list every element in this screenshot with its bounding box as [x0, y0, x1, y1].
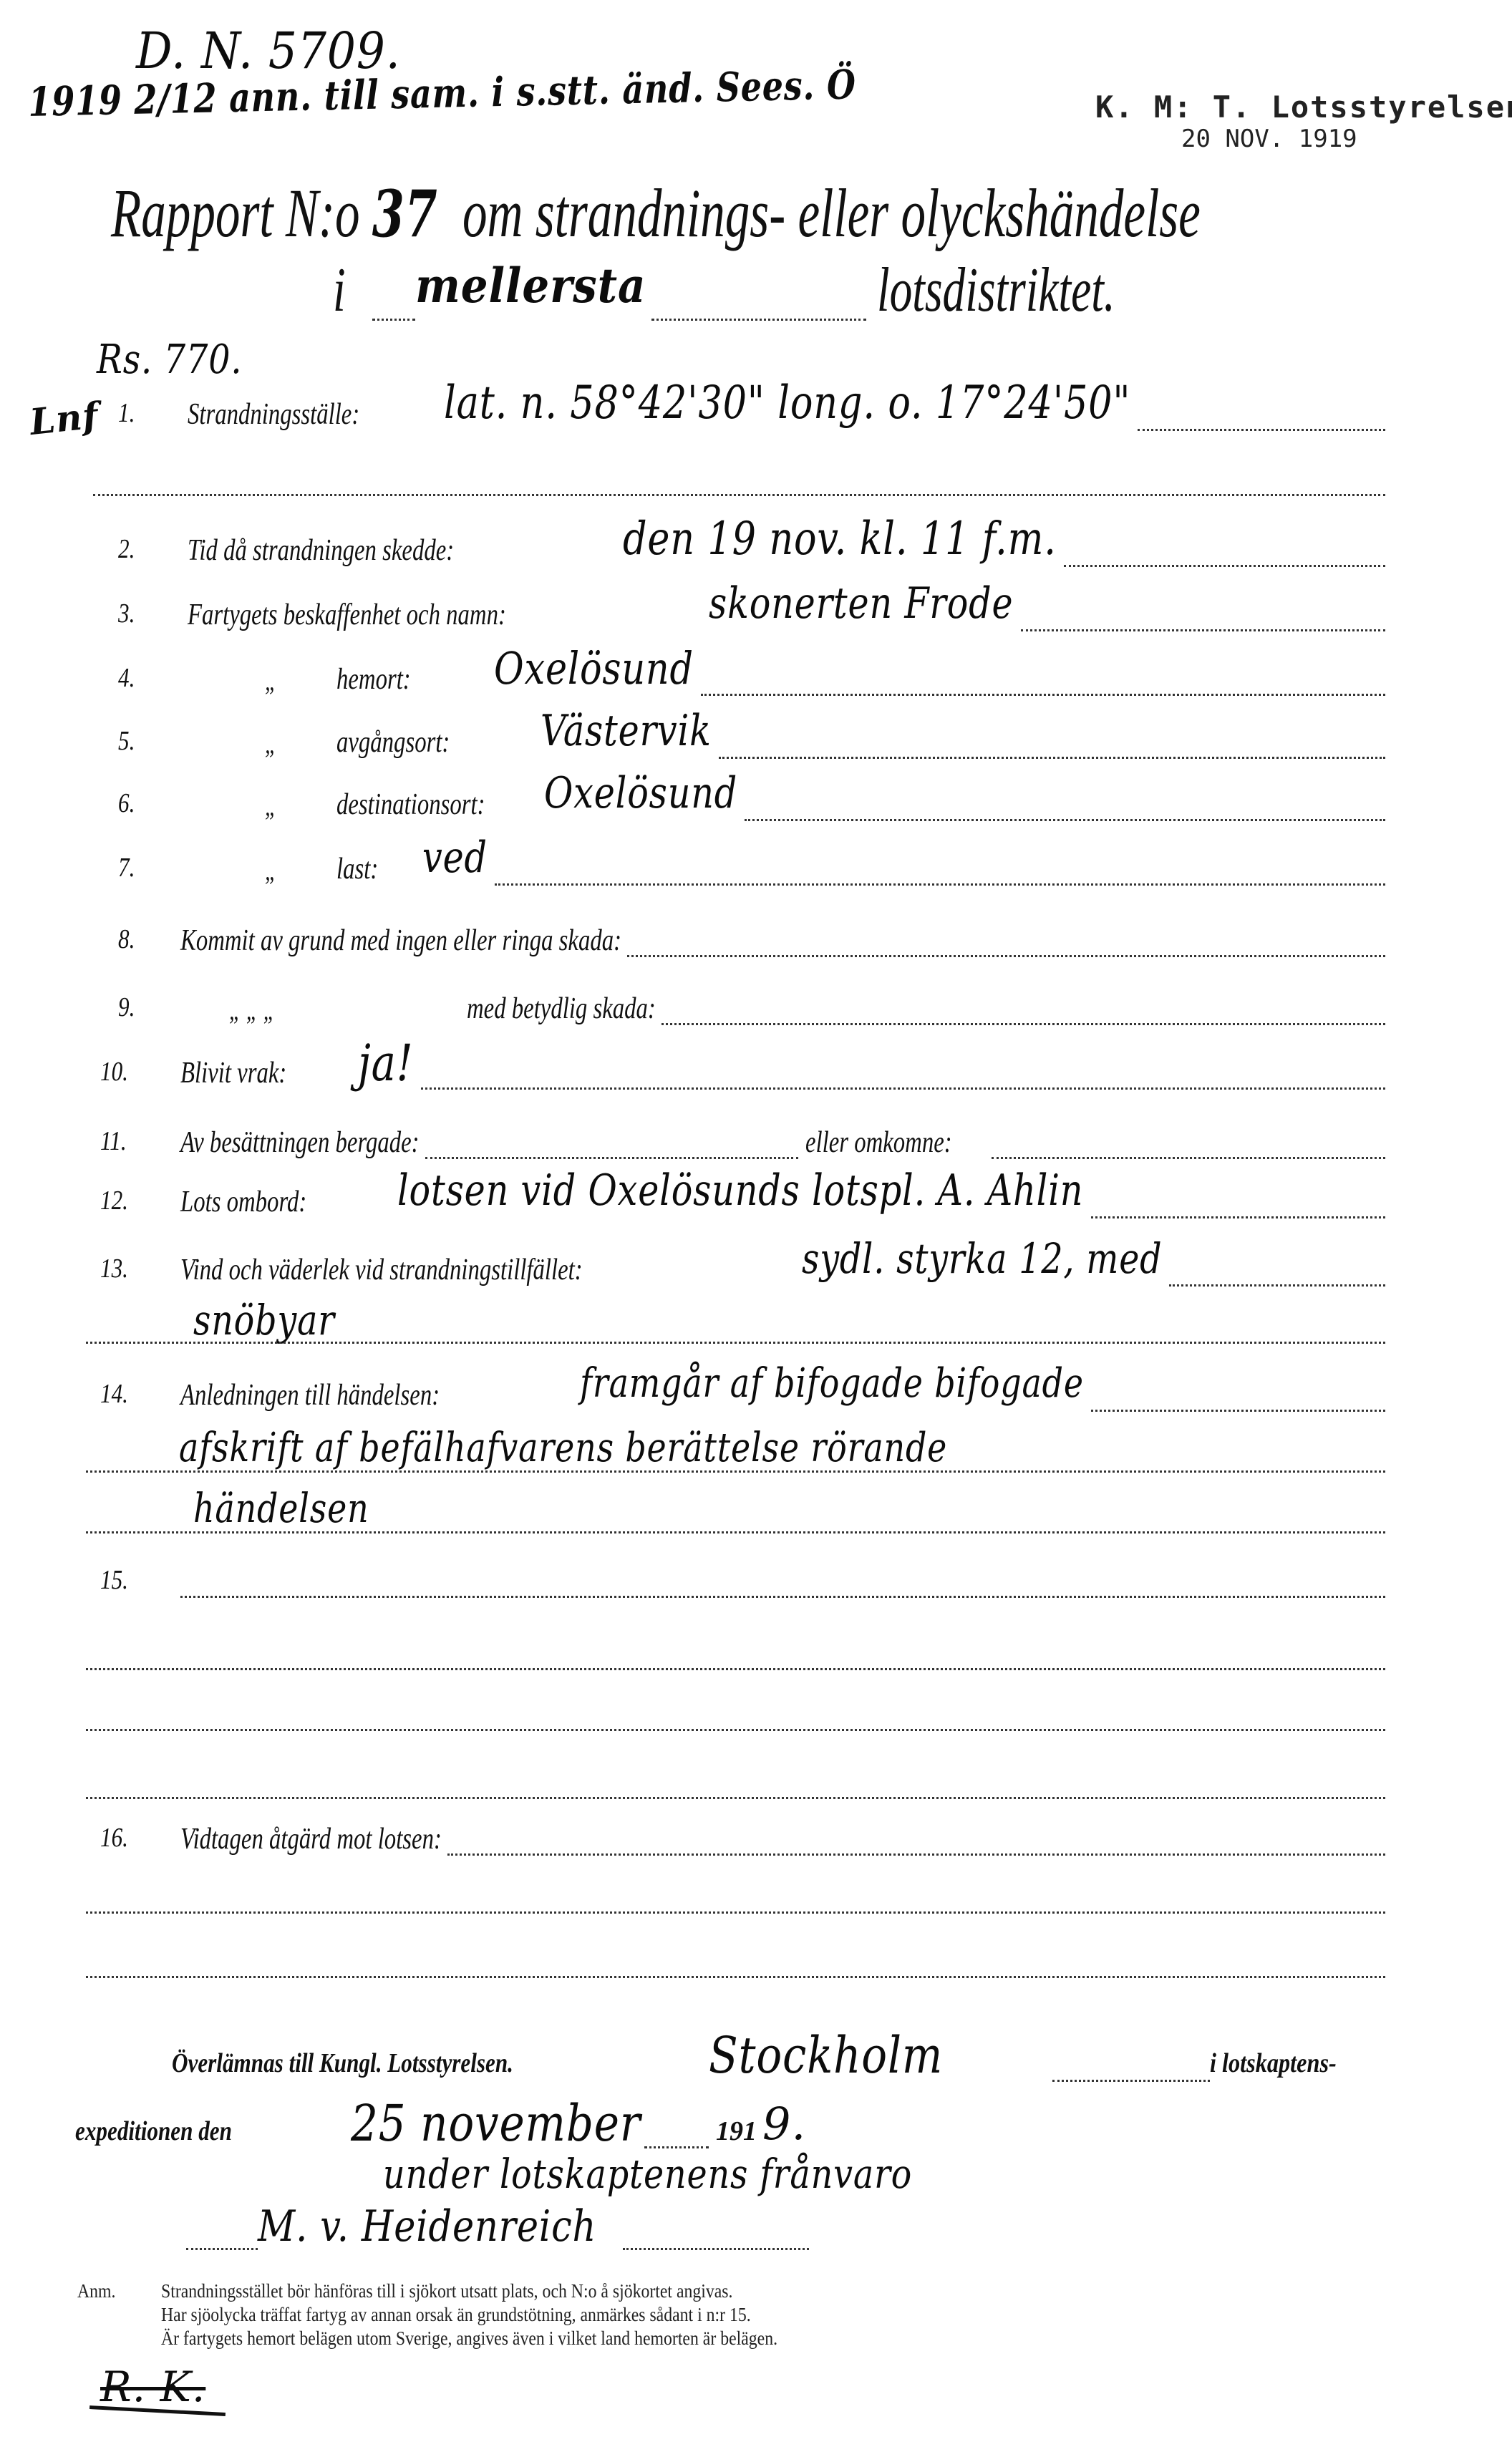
- field-3-number: 3.: [118, 598, 135, 629]
- field-4-ditto: „: [265, 666, 276, 697]
- field-2-label: Tid då strandningen skedde:: [188, 533, 454, 568]
- field-15-dots-line-0: [86, 1668, 1385, 1670]
- field-13-value-cont: snöbyar: [193, 1296, 335, 1344]
- field-10-value: ja!: [358, 1034, 414, 1092]
- field-8-label: Kommit av grund med ingen eller ringa sk…: [180, 924, 621, 958]
- title-suffix: om strandnings- eller olyckshändelse: [462, 175, 1201, 251]
- field-8-dots: [627, 955, 1385, 957]
- expedition-year-handwritten: 9.: [762, 2098, 806, 2150]
- field-15-dots-line-1: [86, 1729, 1385, 1731]
- field-6-number: 6.: [118, 788, 135, 819]
- field-6-label: destinationsort:: [336, 788, 485, 822]
- submit-dots: [1052, 2080, 1210, 2082]
- note-3: Är fartygets hemort belägen utom Sverige…: [161, 2327, 777, 2350]
- field-14-value-cont: afskrift af befälhafvarens berättelse rö…: [179, 1425, 947, 1471]
- field-13-dots: [1169, 1284, 1385, 1286]
- field-16-label: Vidtagen åtgärd mot lotsen:: [180, 1822, 442, 1856]
- district-value: mellersta: [415, 258, 646, 314]
- expedition-year-printed: 191: [716, 2116, 757, 2147]
- field-13-value: sydl. styrka 12, med: [802, 1234, 1162, 1283]
- field-6-ditto: „: [265, 791, 276, 823]
- struck-initials: R. K.: [100, 2363, 205, 2411]
- district-dots: [372, 319, 415, 321]
- signature-dots-right: [623, 2248, 809, 2250]
- field-11-dots-a: [425, 1157, 798, 1159]
- received-stamp: K. M: T. Lotsstyrelsen 20 NOV. 1919: [1095, 89, 1512, 153]
- field-3-value: skonerten Frode: [709, 578, 1013, 629]
- field-1-dots-extra-0: [93, 494, 1385, 496]
- field-15-dots-line-2: [86, 1797, 1385, 1799]
- field-5-ditto: „: [265, 729, 276, 760]
- field-5-dots: [719, 757, 1385, 759]
- field-9-dots: [661, 1023, 1385, 1025]
- expedition-date: 25 november: [351, 2094, 641, 2153]
- field-14-dots-cont: [86, 1470, 1385, 1473]
- field-5-label: avgångsort:: [336, 725, 450, 760]
- field-13-number: 13.: [100, 1253, 128, 1284]
- title-prefix: Rapport N:o: [111, 175, 360, 251]
- field-8-number: 8.: [118, 924, 135, 955]
- field-1-dots: [1138, 429, 1385, 431]
- field-5-number: 5.: [118, 725, 135, 757]
- field-3-dots: [1021, 629, 1385, 631]
- field-10-label: Blivit vrak:: [180, 1056, 286, 1090]
- field-5-value: Västervik: [541, 706, 712, 756]
- note-1: Strandningsstället bör hänföras till i s…: [161, 2280, 732, 2302]
- field-6-dots: [745, 819, 1385, 821]
- field-4-dots: [701, 694, 1385, 696]
- signature-note: under lotskaptenens frånvaro: [383, 2151, 912, 2198]
- field-10-number: 10.: [100, 1056, 128, 1087]
- field-2-value: den 19 nov. kl. 11 f.m.: [623, 513, 1057, 566]
- field-4-label: hemort:: [336, 662, 411, 697]
- field-11-label: Av besättningen bergade:: [180, 1125, 420, 1160]
- district-dots-2: [651, 319, 866, 321]
- field-1-number: 1.: [118, 397, 135, 429]
- field-10-dots: [421, 1087, 1385, 1090]
- field-2-dots: [1064, 565, 1385, 567]
- submit-label: Överlämnas till Kungl. Lotsstyrelsen.: [172, 2048, 513, 2079]
- field-16-dots-line-1: [86, 1976, 1385, 1978]
- field-12-label: Lots ombord:: [180, 1185, 306, 1219]
- field-14-value: framgår af bifogade bifogade: [580, 1360, 1084, 1407]
- district-suffix: lotsdistriktet.: [877, 254, 1115, 326]
- field-15-dots: [180, 1596, 1385, 1598]
- field-16-dots: [447, 1853, 1385, 1856]
- field-14-number: 14.: [100, 1378, 128, 1410]
- field-1-value: lat. n. 58°42'30" long. o. 17°24'50": [444, 377, 1130, 430]
- submit-suffix: i lotskaptens-: [1210, 2048, 1337, 2079]
- field-3-label: Fartygets beskaffenhet och namn:: [188, 598, 506, 632]
- field-9-number: 9.: [118, 992, 135, 1023]
- field-13-label: Vind och väderlek vid strandningstillfäl…: [180, 1253, 583, 1287]
- field-9-label: med betydlig skada:: [467, 992, 656, 1026]
- field-14-dots-cont-2: [86, 1531, 1385, 1533]
- field-12-number: 12.: [100, 1185, 128, 1216]
- field-7-label: last:: [336, 852, 378, 886]
- signature-name: M. v. Heidenreich: [258, 2201, 596, 2252]
- field-7-number: 7.: [118, 852, 135, 883]
- district-prefix: i: [333, 256, 346, 325]
- field-11-label-2: eller omkomne:: [805, 1125, 952, 1160]
- field-9-ditto: „ „ „: [229, 995, 275, 1027]
- registry-note: Rs. 770.: [97, 336, 242, 383]
- field-1-label: Strandningsställe:: [188, 397, 359, 432]
- expedition-dots: [644, 2146, 709, 2148]
- field-7-value: ved: [422, 833, 488, 883]
- expedition-label: expeditionen den: [75, 2116, 232, 2147]
- field-14-value-cont-2: händelsen: [193, 1486, 369, 1532]
- field-11-number: 11.: [100, 1125, 127, 1157]
- field-4-value: Oxelösund: [494, 642, 694, 694]
- field-14-dots: [1091, 1410, 1385, 1412]
- notes-label: Anm.: [77, 2280, 115, 2302]
- field-2-number: 2.: [118, 533, 135, 565]
- report-number: 37: [372, 176, 438, 252]
- field-16-number: 16.: [100, 1822, 128, 1853]
- field-7-ditto: „: [265, 856, 276, 887]
- field-12-dots: [1091, 1216, 1385, 1218]
- field-14-label: Anledningen till händelsen:: [180, 1378, 440, 1412]
- stamp-line-agency: K. M: T. Lotsstyrelsen: [1095, 89, 1512, 125]
- field-13-dots-cont: [86, 1342, 1385, 1344]
- field-4-number: 4.: [118, 662, 135, 694]
- field-7-dots: [495, 883, 1385, 886]
- stamp-line-date: 20 NOV. 1919: [1181, 125, 1512, 153]
- field-12-value: lotsen vid Oxelösunds lotspl. A. Ahlin: [397, 1166, 1083, 1216]
- field-6-value: Oxelösund: [544, 768, 737, 818]
- side-mark: Lnf: [28, 394, 101, 443]
- submit-place: Stockholm: [709, 2026, 943, 2085]
- signature-dots-left: [186, 2248, 258, 2250]
- field-16-dots-line-0: [86, 1911, 1385, 1914]
- field-11-dots: [992, 1157, 1385, 1159]
- note-2: Har sjöolycka träffat fartyg av annan or…: [161, 2304, 751, 2326]
- district-line: i: [333, 254, 346, 326]
- field-15-number: 15.: [100, 1564, 128, 1596]
- page-title: Rapport N:o 37 om strandnings- eller oly…: [111, 173, 1201, 253]
